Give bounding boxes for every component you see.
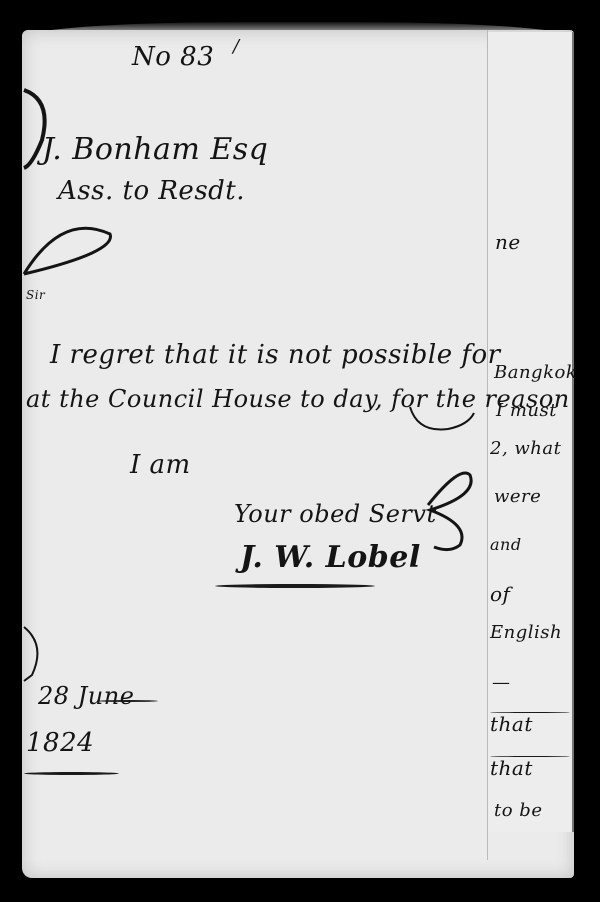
body-line-1: I regret that it is not possible for: [50, 340, 501, 370]
right-fragment: that: [490, 712, 533, 736]
signature: J. W. Lobel: [240, 540, 421, 575]
folio-mark: /: [233, 36, 240, 57]
body-end-flourish: [408, 405, 478, 435]
right-strike-line: [490, 712, 570, 713]
right-fragment: Bangkok: [494, 362, 577, 383]
right-fragment: were: [494, 486, 541, 507]
date-flourish: [22, 625, 52, 685]
margin-fragment: Sir: [26, 288, 45, 302]
right-fragment: of: [490, 582, 510, 606]
date-underline: [98, 700, 158, 702]
folio-number: No 83: [132, 42, 214, 72]
right-fragment: to be: [494, 800, 542, 821]
closing-line-2: Your obed Servt: [234, 500, 437, 528]
right-fragment: English: [490, 622, 562, 643]
right-fragment: 2, what: [490, 438, 561, 459]
right-fragment: ne: [495, 230, 521, 254]
addressee-title: Ass. to Resdt.: [58, 176, 245, 206]
date-year-underline: [24, 772, 119, 775]
right-fragment: I must: [496, 400, 557, 421]
right-fragment: and: [490, 535, 522, 554]
right-fragment: that: [490, 756, 533, 780]
page-fold-line: [487, 30, 488, 860]
signature-underline: [215, 584, 375, 588]
closing-flourish: [420, 465, 480, 555]
closing-line-1: I am: [130, 450, 191, 480]
date-year: 1824: [26, 728, 94, 758]
date-day-month: 28 June: [38, 682, 134, 710]
right-strike-line: [490, 756, 570, 757]
salutation-flourish: [22, 222, 122, 282]
addressee-name: J. Bonham Esq: [42, 132, 268, 167]
body-line-2: at the Council House to day, for the rea…: [26, 385, 570, 413]
right-fragment: —: [492, 672, 511, 693]
